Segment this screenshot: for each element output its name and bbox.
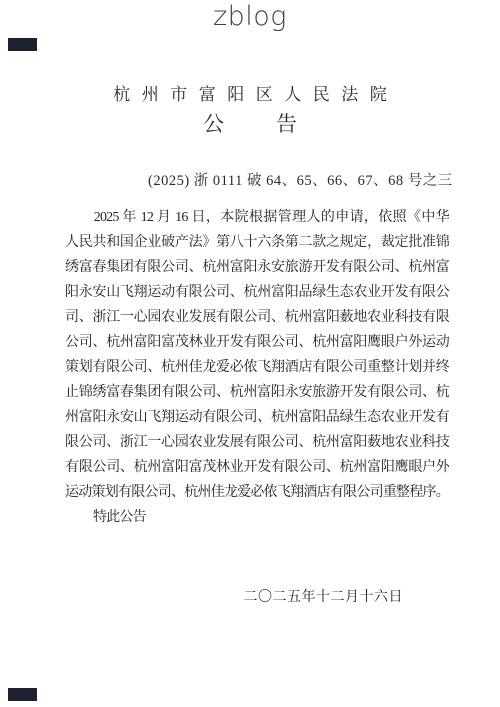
body-line: 阳永安山飞翔运动有限公司、杭州富阳品绿生态农业开发有限公	[65, 280, 449, 305]
body-line: 司、浙江一心园农业发展有限公司、杭州富阳薮地农业科技有限	[65, 305, 449, 330]
site-title[interactable]: zblog	[0, 0, 500, 34]
body-line: 公司、杭州富阳富茂林业开发有限公司、杭州富阳鹰眼户外运动	[65, 330, 449, 355]
decoration-bar-bottom	[8, 688, 37, 701]
body-line: 2025 年 12 月 16 日，本院根据管理人的申请，依照《中华	[65, 205, 449, 230]
court-name: 杭州市富阳区人民法院	[0, 80, 500, 105]
closing-statement: 特此公告	[65, 505, 449, 530]
body-line: 策划有限公司、杭州佳龙爱必侬飞翔酒店有限公司重整计划并终	[65, 355, 449, 380]
decoration-bar-top	[8, 38, 37, 51]
court-name-text: 杭州市富阳区人民法院	[113, 85, 398, 104]
case-number: (2025) 浙 0111 破 64、65、66、67、68 号之三	[148, 169, 453, 190]
announcement-body: 2025 年 12 月 16 日，本院根据管理人的申请，依照《中华人民共和国企业…	[65, 205, 449, 530]
document-title-text: 公告	[203, 112, 349, 136]
body-line: 州富阳永安山飞翔运动有限公司、杭州富阳品绿生态农业开发有	[65, 405, 449, 430]
page: zblog 杭州市富阳区人民法院 公告 (2025) 浙 0111 破 64、6…	[0, 0, 500, 707]
body-lines: 2025 年 12 月 16 日，本院根据管理人的申请，依照《中华人民共和国企业…	[65, 205, 449, 505]
body-line: 限公司、浙江一心园农业发展有限公司、杭州富阳薮地农业科技	[65, 430, 449, 455]
body-line: 运动策划有限公司、杭州佳龙爱必侬飞翔酒店有限公司重整程序。	[65, 480, 449, 505]
body-line: 人民共和国企业破产法》第八十六条第二款之规定，裁定批准锦	[65, 230, 449, 255]
body-line: 有限公司、杭州富阳富茂林业开发有限公司、杭州富阳鹰眼户外	[65, 455, 449, 480]
announcement-date: 二〇二五年十二月十六日	[244, 586, 404, 606]
body-line: 止锦绣富春集团有限公司、杭州富阳永安旅游开发有限公司、杭	[65, 380, 449, 405]
document-title: 公告	[0, 108, 500, 138]
body-line: 绣富春集团有限公司、杭州富阳永安旅游开发有限公司、杭州富	[65, 255, 449, 280]
